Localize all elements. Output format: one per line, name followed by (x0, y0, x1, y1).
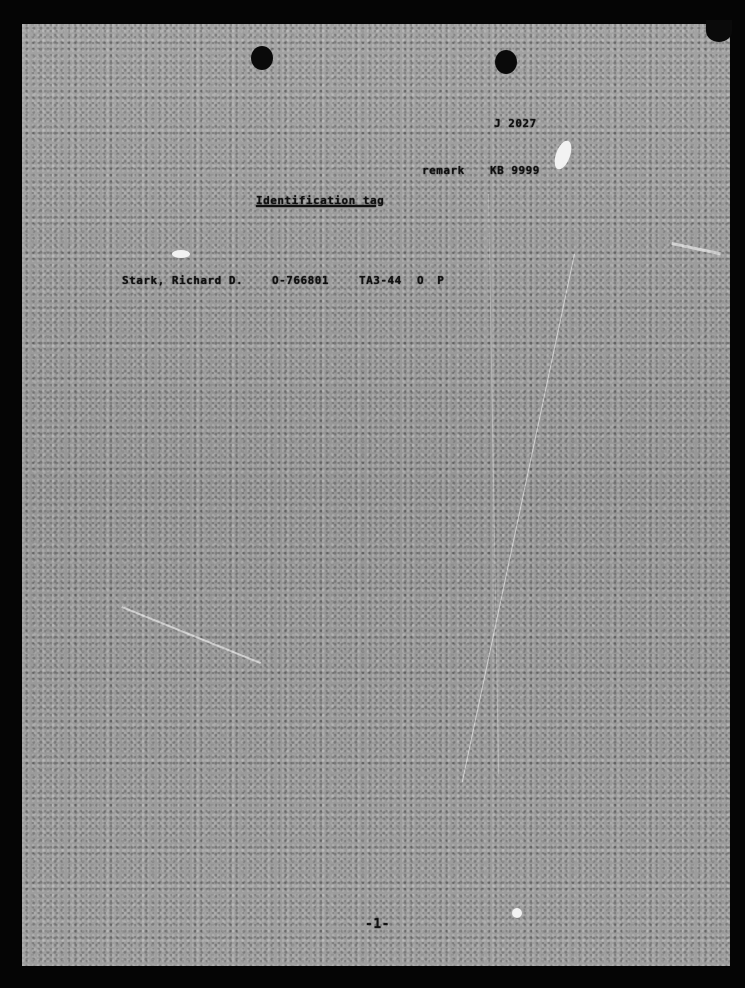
file-number: J 2027 (494, 117, 537, 130)
remark-value: KB 9999 (490, 164, 540, 177)
film-spot (551, 139, 574, 172)
film-scratch (488, 194, 499, 774)
entry-name: Stark, Richard D. (122, 274, 243, 287)
film-scratch (462, 254, 575, 782)
punch-hole (495, 50, 517, 74)
ink-blot (706, 20, 732, 42)
remark-label: remark (422, 164, 465, 177)
film-spot (172, 250, 190, 258)
film-scratch (121, 606, 261, 664)
film-spot (512, 908, 522, 918)
entry-serial-number: O-766801 (272, 274, 329, 287)
punch-hole (251, 46, 273, 70)
entry-status: O P (417, 274, 444, 287)
entry-code: TA3-44 (359, 274, 402, 287)
document-page: J 2027 remark KB 9999 Identification tag… (22, 24, 730, 966)
film-scratch (671, 242, 721, 255)
document-title: Identification tag (256, 194, 384, 207)
page-number: -1- (365, 917, 390, 932)
